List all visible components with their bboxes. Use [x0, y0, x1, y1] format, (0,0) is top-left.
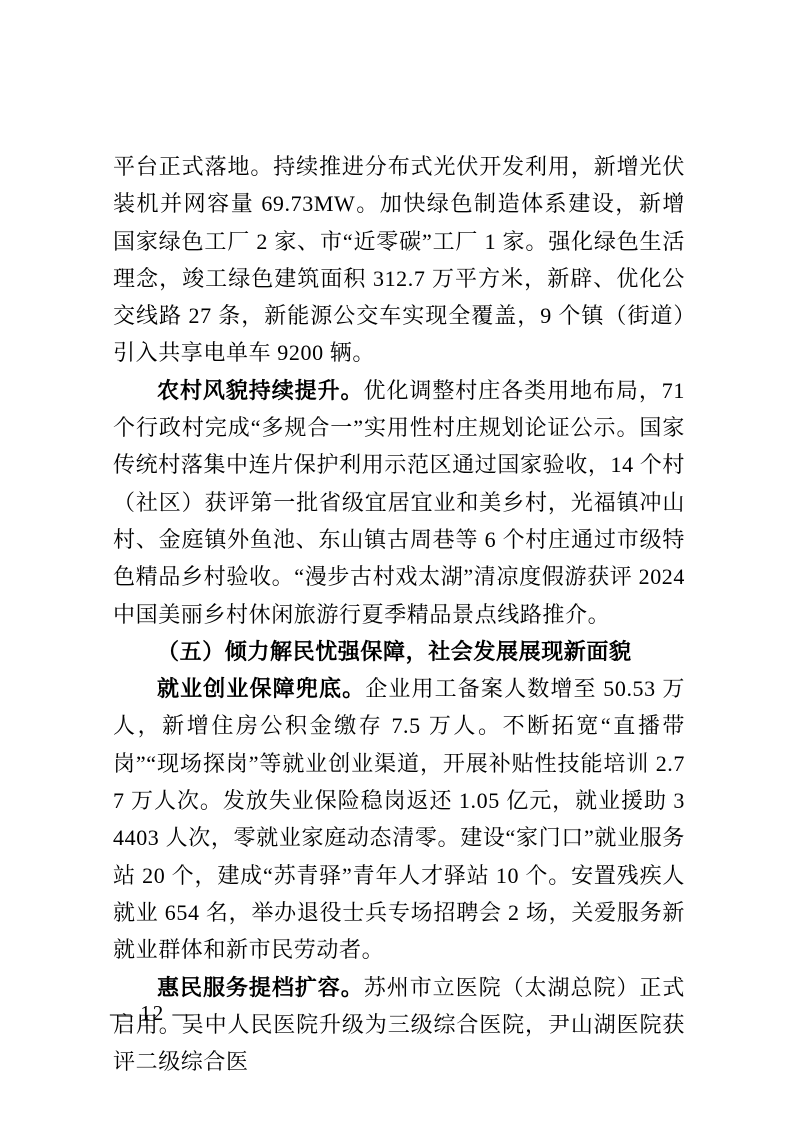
paragraph-employment: 就业创业保障兜底。企业用工备案人数增至 50.53 万人，新增住房公积金缴存 7… — [113, 670, 685, 968]
paragraph-lead: 农村风貌持续提升。 — [157, 378, 364, 403]
section-heading-text: （五）倾力解民忧强保障，社会发展展现新面貌 — [157, 639, 632, 664]
section-heading: （五）倾力解民忧强保障，社会发展展现新面貌 — [113, 633, 685, 670]
paragraph-continuation: 平台正式落地。持续推进分布式光伏开发利用，新增光伏装机并网容量 69.73MW。… — [113, 148, 685, 372]
paragraph-text: 企业用工备案人数增至 50.53 万人，新增住房公积金缴存 7.5 万人。不断拓… — [113, 676, 685, 962]
paragraph-rural-improvement: 农村风貌持续提升。优化调整村庄各类用地布局，71 个行政村完成“多规合一”实用性… — [113, 372, 685, 633]
page-number-footer: — 12 — — [110, 1001, 196, 1026]
paragraph-lead: 就业创业保障兜底。 — [157, 676, 365, 701]
paragraph-public-services: 惠民服务提档扩容。苏州市立医院（太湖总院）正式启用。吴中人民医院升级为三级综合医… — [113, 969, 685, 1081]
text-block: 平台正式落地。持续推进分布式光伏开发利用，新增光伏装机并网容量 69.73MW。… — [113, 148, 685, 1080]
paragraph-text: 平台正式落地。持续推进分布式光伏开发利用，新增光伏装机并网容量 69.73MW。… — [113, 154, 685, 365]
paragraph-text: 优化调整村庄各类用地布局，71 个行政村完成“多规合一”实用性村庄规划论证公示。… — [113, 378, 685, 627]
document-page: 平台正式落地。持续推进分布式光伏开发利用，新增光伏装机并网容量 69.73MW。… — [0, 0, 793, 1122]
paragraph-lead: 惠民服务提档扩容。 — [157, 975, 364, 1000]
